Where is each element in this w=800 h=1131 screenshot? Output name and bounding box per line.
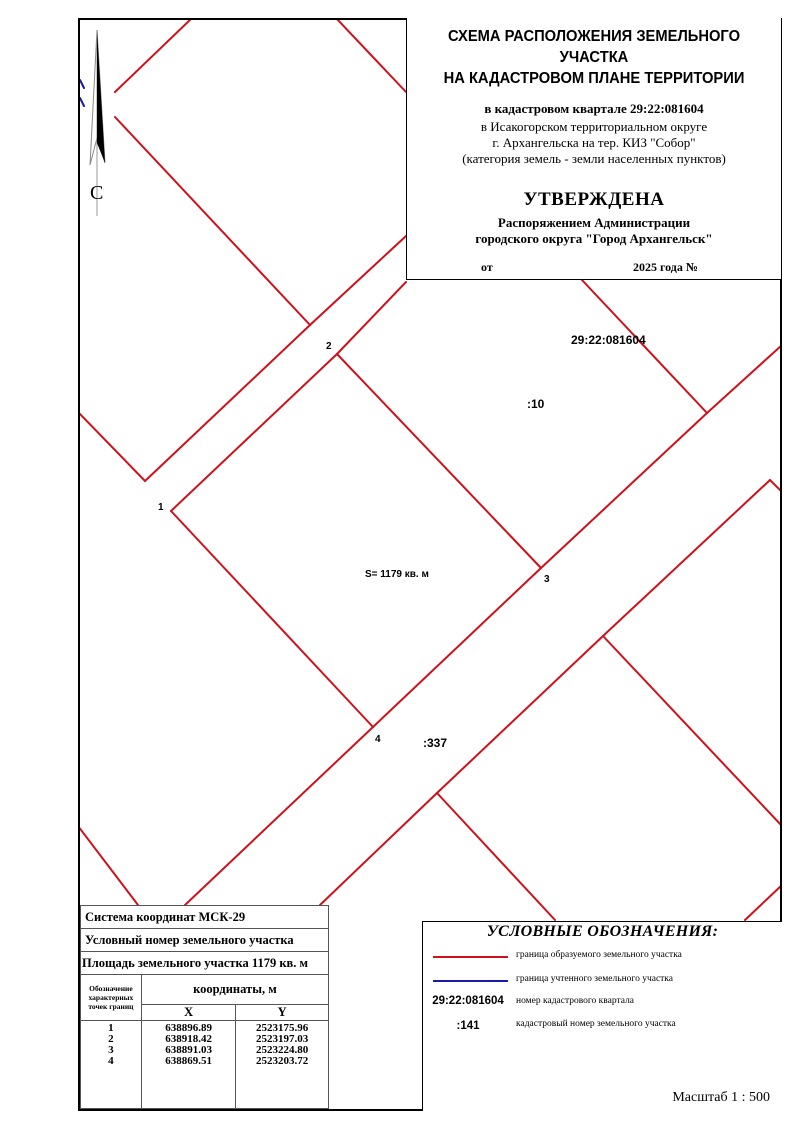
- formed-boundary-line: [745, 885, 782, 920]
- x-header: X: [141, 1004, 236, 1020]
- red-line-icon: [433, 956, 508, 958]
- formed-boundary-line: [320, 793, 437, 905]
- parcel-label-337: :337: [423, 736, 447, 750]
- legend: УСЛОВНЫЕ ОБОЗНАЧЕНИЯ: граница образуемог…: [422, 921, 782, 1111]
- point-label-4: 4: [375, 734, 381, 745]
- location-line-3: (категория земель - земли населенных пун…: [407, 151, 781, 167]
- legend-sample-quarter: 29:22:081604: [423, 995, 513, 1007]
- title-line-1: СХЕМА РАСПОЛОЖЕНИЯ ЗЕМЕЛЬНОГО УЧАСТКА: [422, 26, 766, 68]
- approved-heading: УТВЕРЖДЕНА: [407, 189, 781, 211]
- formed-boundary-line: [603, 636, 782, 826]
- legend-title: УСЛОВНЫЕ ОБОЗНАЧЕНИЯ:: [423, 923, 782, 941]
- point-label-2: 2: [326, 341, 332, 352]
- coordinates-table: Система координат МСК-29 Условный номер …: [80, 905, 329, 1109]
- point-label-1: 1: [158, 502, 164, 513]
- location-line-2: г. Архангельска на тер. КИЗ "Собор": [407, 135, 781, 151]
- y-header: Y: [236, 1004, 329, 1020]
- coord-system: Система координат МСК-29: [81, 906, 329, 929]
- point-label-3: 3: [544, 574, 550, 585]
- legend-item-quarter: 29:22:081604 номер кадастрового квартала: [423, 995, 782, 1011]
- formed-boundary-line: [373, 568, 541, 727]
- formed-boundary-line: [541, 413, 707, 568]
- area-label: S= 1179 кв. м: [365, 569, 429, 580]
- y-column: 2523175.962523197.032523224.802523203.72: [236, 1020, 329, 1108]
- formed-boundary-line: [770, 480, 782, 492]
- title-line-2: НА КАДАСТРОВОМ ПЛАНЕ ТЕРРИТОРИИ: [422, 68, 766, 89]
- x-column: 638896.89638918.42638891.03638869.51: [141, 1020, 236, 1108]
- north-label: С: [90, 182, 103, 205]
- legend-text: номер кадастрового квартала: [516, 996, 634, 1006]
- legend-item-parcel: :141 кадастровый номер земельного участк…: [423, 1019, 782, 1035]
- legend-sample-parcel: :141: [423, 1020, 513, 1032]
- formed-boundary-line: [437, 793, 555, 920]
- scale-label: Масштаб 1 : 500: [672, 1090, 770, 1106]
- parcel-label-10: :10: [527, 397, 544, 411]
- legend-text: граница образуемого земельного участка: [516, 950, 682, 960]
- formed-boundary-line: [437, 636, 603, 793]
- order-line-1: Распоряжением Администрации: [407, 215, 781, 231]
- coords-header: координаты, м: [141, 975, 328, 1005]
- legend-text: граница учтенного земельного участка: [516, 974, 673, 984]
- formed-boundary-line: [78, 826, 138, 905]
- formed-boundary-line: [310, 236, 406, 325]
- parcel-area: Площадь земельного участка 1179 кв. м: [81, 952, 329, 975]
- title-block: СХЕМА РАСПОЛОЖЕНИЯ ЗЕМЕЛЬНОГО УЧАСТКА НА…: [406, 18, 782, 280]
- quarter-number-label: 29:22:081604: [571, 333, 646, 347]
- formed-boundary-line: [115, 117, 310, 325]
- date-from: от: [481, 260, 493, 275]
- legend-text: кадастровый номер земельного участка: [516, 1019, 676, 1029]
- formed-boundary-line: [171, 511, 373, 727]
- formed-boundary-line: [603, 480, 770, 636]
- formed-boundary-line: [336, 18, 406, 92]
- date-year: 2025 года №: [633, 260, 698, 275]
- formed-boundary-line: [707, 345, 782, 413]
- formed-boundary-line: [185, 727, 373, 905]
- formed-boundary-line: [78, 412, 145, 481]
- order-line-2: городского округа "Город Архангельск": [407, 231, 781, 247]
- location-line-1: в Исакогорском территориальном округе: [407, 119, 781, 135]
- points-column: 1234: [81, 1020, 142, 1108]
- formed-boundary-line: [337, 282, 406, 354]
- formed-boundary-line: [115, 18, 192, 92]
- point-header: Обозначение характерных точек границ: [81, 975, 142, 1021]
- blue-line-icon: [433, 980, 508, 982]
- quarter-line: в кадастровом квартале 29:22:081604: [407, 101, 781, 117]
- legend-item-registered: граница учтенного земельного участка: [423, 972, 782, 988]
- legend-item-formed: граница образуемого земельного участка: [423, 948, 782, 964]
- formed-boundary-line: [337, 354, 541, 568]
- coords-data: 1234 638896.89638918.42638891.03638869.5…: [81, 1020, 329, 1108]
- conditional-number: Условный номер земельного участка: [81, 929, 329, 952]
